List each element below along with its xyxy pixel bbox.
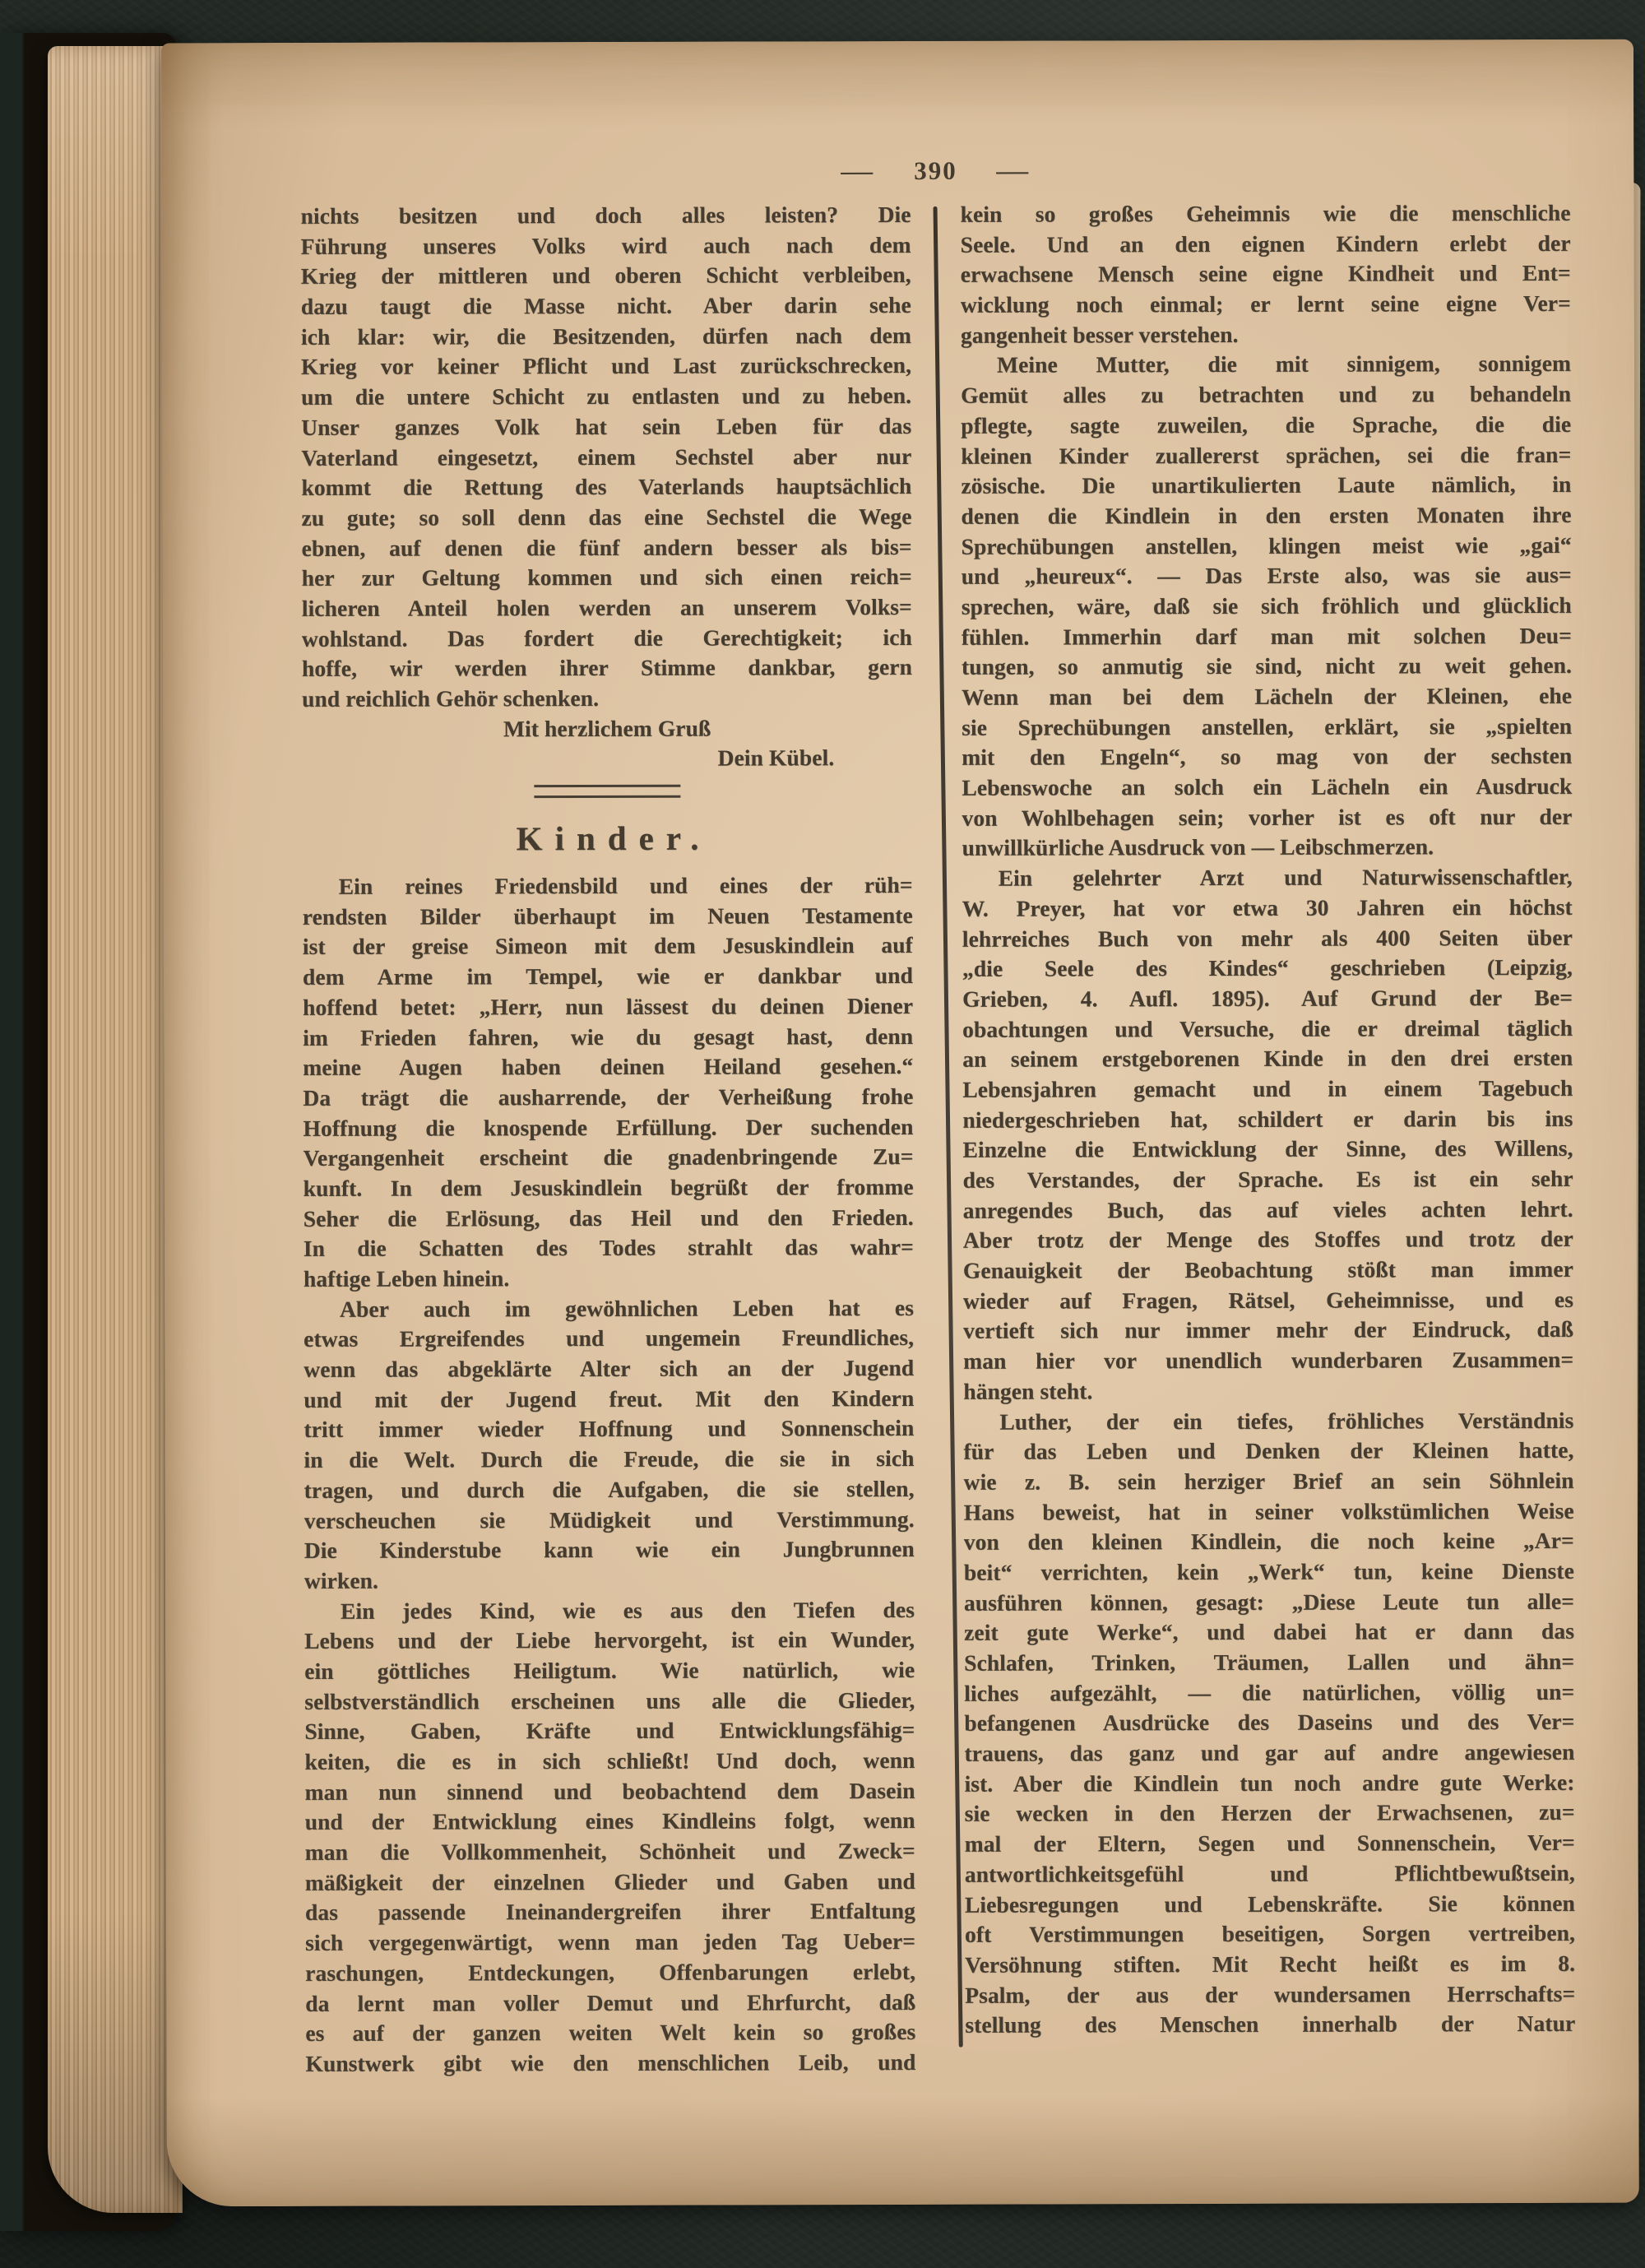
text-line: Wenn man bei dem Lächeln der Kleinen, eh… <box>962 681 1572 713</box>
text-line: kleinen Kinder zuallererst sprächen, sei… <box>961 439 1571 471</box>
text-line: obachtungen und Versuche, die er dreimal… <box>962 1013 1573 1045</box>
text-line: Kunstwerk gibt wie den menschlichen Leib… <box>305 2048 915 2080</box>
text-line: Meine Mutter, die mit sinnigem, sonnigem <box>961 349 1571 381</box>
text-line: ist der greise Simeon mit dem Jesuskindl… <box>303 930 913 962</box>
text-line: selbstverständlich erscheinen uns alle d… <box>304 1686 915 1718</box>
text-line: mit den Engeln“, so mag von der sechsten <box>962 741 1572 773</box>
text-line: wie z. B. sein herziger Brief an sein Sö… <box>964 1466 1574 1498</box>
text-line: rendsten Bilder überhaupt im Neuen Testa… <box>303 901 913 933</box>
text-line: Lebens und der Liebe hervorgeht, ist ein… <box>304 1625 915 1657</box>
text-line: Genauigkeit der Beobachtung stößt man im… <box>963 1255 1573 1287</box>
text-line: Lebenswoche an solch ein Lächeln ein Aus… <box>962 772 1572 804</box>
text-line: Ein jedes Kind, wie es aus den Tiefen de… <box>304 1595 915 1627</box>
text-line: anregendes Buch, das auf vieles achten l… <box>963 1194 1573 1227</box>
text-line: Führung unseres Volks wird auch nach dem <box>301 230 911 262</box>
text-line: lehrreiches Buch von mehr als 400 Seiten… <box>962 922 1573 954</box>
text-line: es auf der ganzen weiten Welt kein so gr… <box>305 2017 915 2049</box>
text-line: man die Vollkommenheit, Schönheit und Zw… <box>305 1836 915 1868</box>
text-line: niedergeschrieben hat, schildert er dari… <box>962 1103 1573 1135</box>
text-line: unwillkürliche Ausdruck von — Leibschmer… <box>962 832 1573 864</box>
text-line: Da trägt die ausharrende, der Verheißung… <box>303 1082 913 1114</box>
text-line: im Frieden fahren, wie du gesagt hast, d… <box>303 1021 913 1053</box>
text-line: Unser ganzes Volk hat sein Leben für das <box>301 411 911 443</box>
text-line: vertieft sich nur immer mehr der Eindruc… <box>963 1315 1573 1347</box>
text-line: licheren Anteil holen werden an unserem … <box>302 592 912 624</box>
text-line: und mit der Jugend freut. Mit den Kinder… <box>304 1384 914 1416</box>
text-line: Krieg vor keiner Pflicht und Last zurück… <box>301 350 911 383</box>
text-line: Krieg der mittleren und oberen Schicht v… <box>301 260 911 292</box>
book-page: — 390 — nichts besitzen und doch alles l… <box>161 39 1639 2207</box>
text-line: für das Leben und Denken der Kleinen hat… <box>963 1435 1573 1468</box>
text-line: wenn das abgeklärte Alter sich an der Ju… <box>304 1353 914 1385</box>
text-line: um die untere Schicht zu entlasten und z… <box>301 381 911 413</box>
text-line: sie wecken in den Herzen der Erwachsenen… <box>965 1797 1575 1830</box>
text-line: Aber trotz der Menge des Stoffes und tro… <box>963 1224 1573 1256</box>
text-line: tragen, und durch die Aufgaben, die sie … <box>304 1474 915 1506</box>
text-line: sie Sprechübungen anstellen, erklärt, si… <box>962 712 1572 744</box>
text-line: In die Schatten des Todes strahlt das wa… <box>304 1232 914 1264</box>
text-line: beit“ verrichten, kein „Werk“ tun, keine… <box>964 1556 1574 1589</box>
text-line: Hoffnung die knospende Erfüllung. Der su… <box>303 1112 913 1144</box>
text-line: meine Augen haben deinen Heiland gesehen… <box>303 1051 913 1083</box>
text-line: Grieben, 4. Aufl. 1895). Auf Grund der B… <box>962 983 1573 1015</box>
header-dash-left: — <box>841 156 874 186</box>
text-line: an seinem erstgeborenen Kinde in den dre… <box>962 1043 1573 1075</box>
text-line: liches aufgezählt, — die natürlichen, vö… <box>964 1677 1574 1709</box>
text-line: und der Entwicklung eines Kindleins folg… <box>305 1806 915 1838</box>
text-line: hängen steht. <box>963 1375 1573 1408</box>
text-line: dem Arme im Tempel, wie er dankbar und <box>303 961 913 993</box>
text-line: denen die Kindlein in den ersten Monaten… <box>961 500 1571 532</box>
text-line: von den kleinen Kindlein, die noch keine… <box>964 1526 1574 1558</box>
text-columns: nichts besitzen und doch alles leisten? … <box>301 198 1576 2080</box>
text-line: keiten, die es in sich schließt! Und doc… <box>304 1746 915 1778</box>
page-number: 390 <box>914 155 957 185</box>
text-line: erwachsene Mensch seine eigne Kindheit u… <box>961 258 1571 290</box>
text-line: kunft. In dem Jesuskindlein begrüßt der … <box>304 1172 914 1204</box>
text-line: Lebensjahren gemacht und in einem Tagebu… <box>962 1074 1573 1106</box>
text-line: man hier vor unendlich wunderbaren Zusam… <box>963 1345 1573 1377</box>
section-separator <box>302 773 912 809</box>
separator-double-rule <box>534 785 680 798</box>
text-line: nichts besitzen und doch alles leisten? … <box>301 200 911 232</box>
text-line: von Wohlbehagen sein; vorher ist es oft … <box>962 802 1572 834</box>
text-line: tungen, so anmutig sie sind, nicht zu we… <box>962 651 1572 683</box>
text-line: raschungen, Entdeckungen, Offenbarungen … <box>305 1957 915 1989</box>
text-line: verscheuchen sie Müdigkeit und Verstimmu… <box>304 1504 915 1536</box>
text-line: und reichlich Gehör schenken. <box>302 683 912 715</box>
text-line: sprechen, wäre, daß sie sich fröhlich un… <box>962 591 1572 623</box>
text-line: des Verstandes, der Sprache. Es ist ein … <box>963 1164 1573 1196</box>
text-line: „die Seele des Kindes“ geschrieben (Leip… <box>962 953 1573 985</box>
text-line: ein göttliches Heiligtum. Wie natürlich,… <box>304 1655 915 1687</box>
text-line: oft Verstimmungen beseitigen, Sorgen ver… <box>965 1918 1575 1950</box>
text-line: und „heureux“. — Das Erste also, was sie… <box>962 560 1572 592</box>
text-line: Vaterland eingesetzt, einem Sechstel abe… <box>301 441 911 473</box>
text-line: Sprechübungen anstellen, klingen meist w… <box>962 530 1572 562</box>
photo-background: — 390 — nichts besitzen und doch alles l… <box>0 0 1645 2268</box>
text-line: kein so großes Geheimnis wie die menschl… <box>961 198 1571 230</box>
text-line: Schlafen, Trinken, Träumen, Lallen und ä… <box>964 1647 1574 1679</box>
text-line: wirken. <box>304 1565 915 1597</box>
text-line: Die Kinderstube kann wie ein Jungbrunnen <box>304 1534 915 1566</box>
text-line: man nun sinnend und beobachtend dem Dase… <box>305 1776 915 1808</box>
closing-greeting-line: Mit herzlichem Gruß <box>302 713 912 745</box>
text-line: ausführen können, gesagt: „Diese Leute t… <box>964 1586 1574 1618</box>
text-line: pflegte, sagte zuweilen, die Sprache, di… <box>961 410 1571 442</box>
text-line: Psalm, der aus der wundersamen Herrschaf… <box>965 1978 1575 2011</box>
text-line: hoffend betet: „Herr, nun lässest du dei… <box>303 991 913 1023</box>
text-line: das passende Ineinandergreifen ihrer Ent… <box>305 1896 915 1928</box>
text-line: wieder auf Fragen, Rätsel, Geheimnisse, … <box>963 1285 1573 1317</box>
text-line: gangenheit besser verstehen. <box>961 319 1571 351</box>
text-line: Ein gelehrter Arzt und Naturwissenschaft… <box>962 862 1573 894</box>
page-header: — 390 — <box>300 146 1570 195</box>
text-line: dazu taugt die Masse nicht. Aber darin s… <box>301 290 911 322</box>
text-line: her zur Geltung kommen und sich einen re… <box>302 562 912 594</box>
text-line: Luther, der ein tiefes, fröhliches Verst… <box>963 1405 1573 1437</box>
text-line: kommt die Rettung des Vaterlands hauptsä… <box>301 471 911 503</box>
text-line: zeit gute Werke“, und dabei hat er dann … <box>964 1616 1574 1649</box>
text-line: Seele. Und an den eignen Kindern erlebt … <box>961 229 1571 261</box>
text-line: fühlen. Immerhin darf man mit solchen De… <box>962 620 1572 652</box>
text-line: Ein reines Friedensbild und eines der rü… <box>303 870 913 902</box>
text-line: Seher die Erlösung, das Heil und den Fri… <box>304 1203 914 1235</box>
text-line: Einzelne die Entwicklung der Sinne, des … <box>962 1134 1573 1166</box>
text-line: antwortlichkeitsgefühl und Pflichtbewußt… <box>965 1858 1575 1890</box>
text-line: W. Preyer, hat vor etwa 30 Jahren ein hö… <box>962 893 1573 925</box>
text-line: Liebesregungen und Lebenskräfte. Sie kön… <box>965 1888 1575 1920</box>
text-line: ebnen, auf denen die fünf andern besser … <box>302 532 912 564</box>
text-line: stellung des Menschen innerhalb der Natu… <box>965 2009 1575 2041</box>
text-line: Versöhnung stiften. Mit Recht heißt es i… <box>965 1949 1575 1981</box>
text-line: zu gute; so soll denn das eine Sechstel … <box>301 502 911 534</box>
text-column-right: kein so großes Geheimnis wie die menschl… <box>961 198 1576 2077</box>
text-line: zösische. Die unartikulierten Laute näml… <box>961 470 1571 502</box>
page-text-area: — 390 — nichts besitzen und doch alles l… <box>300 146 1575 2080</box>
text-line: in die Welt. Durch die Freude, die sie i… <box>304 1444 914 1476</box>
text-line: hoffe, wir werden ihrer Stimme dankbar, … <box>302 652 912 684</box>
signature-line: Dein Kübel. <box>302 743 912 775</box>
text-line: Sinne, Gaben, Kräfte und Entwicklungsfäh… <box>304 1715 915 1747</box>
column-divider-rule <box>934 206 963 2048</box>
text-line: Gemüt alles zu betrachten und zu behande… <box>961 379 1571 411</box>
text-line: mäßigkeit der einzelnen Glieder und Gabe… <box>305 1867 915 1899</box>
text-line: wicklung noch einmal; er lernt seine eig… <box>961 289 1571 321</box>
section-heading-kinder: Kinder. <box>302 808 912 872</box>
header-dash-right: — <box>996 155 1030 185</box>
text-line: trauens, das ganz und gar auf andre ange… <box>964 1737 1574 1769</box>
text-line: Vergangenheit erscheint die gnadenbringe… <box>304 1142 914 1174</box>
text-line: da lernt man voller Demut und Ehrfurcht,… <box>305 1987 915 2019</box>
text-line: haftige Leben hinein. <box>304 1263 914 1295</box>
text-line: mal der Eltern, Segen und Sonnenschein, … <box>965 1828 1575 1860</box>
text-line: etwas Ergreifendes und ungemein Freundli… <box>304 1323 914 1355</box>
text-line: Hans beweist, hat in seiner volkstümlich… <box>964 1496 1574 1528</box>
text-line: Aber auch im gewöhnlichen Leben hat es <box>304 1293 914 1325</box>
text-line: ist. Aber die Kindlein tun noch andre gu… <box>964 1768 1574 1800</box>
text-line: wohlstand. Das fordert die Gerechtigkeit… <box>302 623 912 655</box>
text-line: ich klar: wir, die Besitzenden, dürfen n… <box>301 321 911 353</box>
text-line: tritt immer wieder Hoffnung und Sonnensc… <box>304 1413 914 1445</box>
text-column-left: nichts besitzen und doch alles leisten? … <box>301 200 916 2079</box>
text-line: sich vergegenwärtigt, wenn man jeden Tag… <box>305 1927 915 1959</box>
text-line: befangenen Ausdrücke des Daseins und des… <box>964 1707 1574 1739</box>
